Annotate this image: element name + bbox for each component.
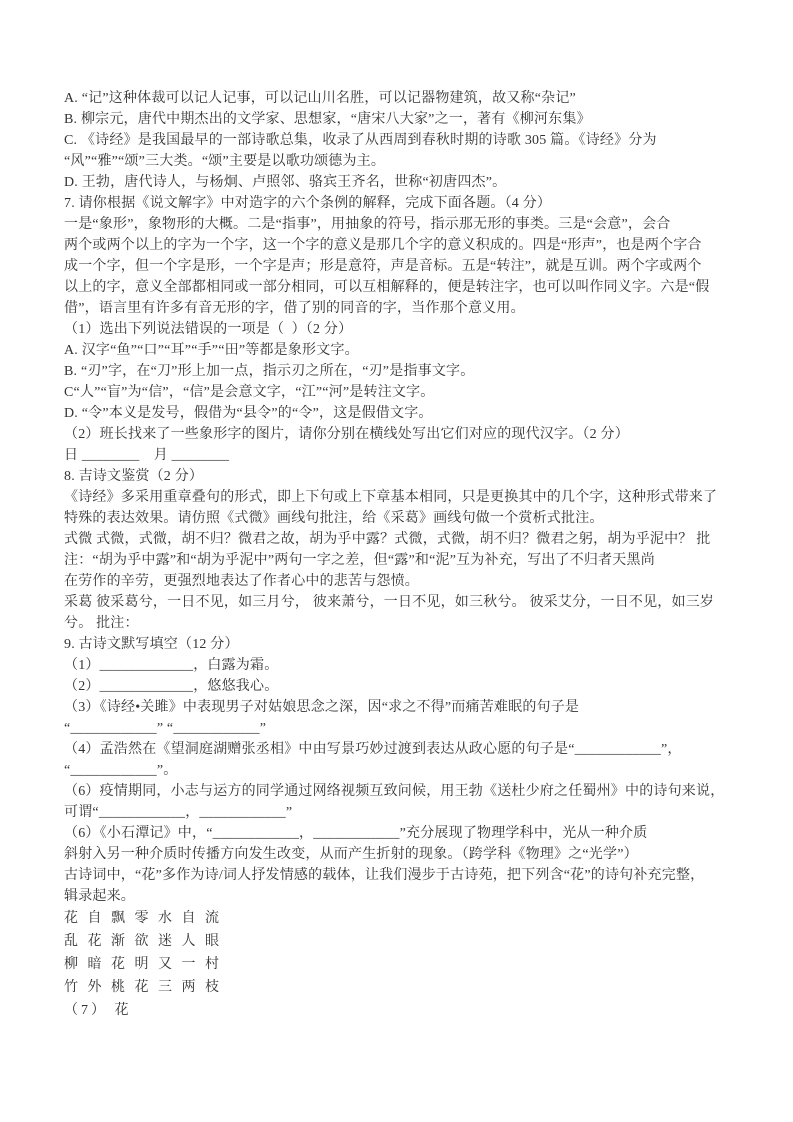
- text-line: 采葛 彼采葛兮，一日不见，如三月兮， 彼来萧兮，一日不见，如三秋兮。 彼采艾分，…: [64, 592, 733, 613]
- sub-question-7: （7） 花: [64, 999, 733, 1022]
- question-7-header: 7. 请你根据《说文解字》中对造字的六个条例的解释，完成下面各题。（4 分）: [64, 193, 733, 214]
- text-line: 辑录起来。: [64, 886, 733, 907]
- text-line: D. 王勃，唐代诗人，与杨炯、卢照邻、骆宾王齐名，世称“初唐四杰”。: [64, 172, 733, 193]
- exam-page: A. “记”这种体裁可以记人记事，可以记山川名胜，可以记器物建筑，故又称“杂记”…: [0, 0, 793, 1122]
- text-line: 《诗经》多采用重章叠句的形式，即上下句或上下章基本相同，只是更换其中的几个字，这…: [64, 487, 733, 508]
- fill-in-blanks-line: 可谓“____________，____________”: [64, 802, 733, 823]
- text-line: 在劳作的辛劳，更强烈地表达了作者心中的悲苦与怨愤。: [64, 571, 733, 592]
- text-line: A. 汉字“鱼”“口”“耳”“手”“田”等都是象形文字。: [64, 340, 733, 361]
- text-line: （6）疫情期同，小志与运方的同学通过网络视频互致问候，用王勃《送杜少府之任蜀州》…: [64, 781, 733, 802]
- poem-fragment-line: 乱 花 渐 欲 迷 人 眼: [64, 930, 733, 953]
- text-line: 斜射入另一种介质时传播方向发生改变，从而产生折射的现象。（跨学科《物理》之“光学…: [64, 844, 733, 865]
- text-line: D. “令”本义是发号，假借为“县令”的“令”，这是假借文字。: [64, 403, 733, 424]
- text-line: 式微 式微，式微，胡不归？微君之故，胡为乎中露？式微，式微，胡不归？微君之躬，胡…: [64, 529, 733, 550]
- exam-text: A. “记”这种体裁可以记人记事，可以记山川名胜，可以记器物建筑，故又称“杂记”…: [64, 88, 733, 1022]
- text-line: 特殊的表达效果。请仿照《式微》画线句批注，给《采葛》画线句做一个赏析式批注。: [64, 508, 733, 529]
- text-line: 成一个字，但一个字是形，一个字是声；形是意符，声是音标。五是“转注”，就是互训。…: [64, 256, 733, 277]
- fill-in-blanks-line: 日 ________ 月 ________: [64, 445, 733, 466]
- text-line: 两个或两个以上的字为一个字，这一个字的意义是那几个字的意义积成的。四是“形声”，…: [64, 235, 733, 256]
- fill-in-blanks-line: “____________” “____________”: [64, 718, 733, 739]
- question-9-header: 9. 古诗文默写填空（12 分）: [64, 634, 733, 655]
- fill-in-blanks-line: （1）_____________，白露为霜。: [64, 655, 733, 676]
- poem-fragment-line: 柳 暗 花 明 又 一 村: [64, 953, 733, 976]
- text-line: （6）《小石潭记》中，“____________，____________”充分…: [64, 823, 733, 844]
- text-line: B. “刃”字，在“刀”形上加一点，指示刃之所在，“刃”是指事文字。: [64, 361, 733, 382]
- text-line: C“人”“盲”为“信”，“信”是会意文字，“江”“河”是转注文字。: [64, 382, 733, 403]
- text-line: 以上的字，意义全部都相同或一部分相同，可以互相解释的，便是转注字，也可以叫作同义…: [64, 277, 733, 298]
- fill-in-blanks-line: “____________”。: [64, 760, 733, 781]
- text-line: 古诗词中，“花”多作为诗/词人抒发情感的载体，让我们漫步于古诗苑，把下列含“花”…: [64, 865, 733, 886]
- text-line: 兮。 批注：: [64, 613, 733, 634]
- sub-question-1: （1）选出下列说法错误的一项是（ ）（2 分）: [64, 319, 733, 340]
- text-line: 借”，语言里有许多有音无形的字，借了别的同音的字，当作那个意义用。: [64, 298, 733, 319]
- text-line: （3）《诗经•关雎》中表现男子对姑娘思念之深，因“求之不得”而痛苦难眠的句子是: [64, 697, 733, 718]
- sub-question-2: （2）班长找来了一些象形字的图片，请你分别在横线处写出它们对应的现代汉字。（2 …: [64, 424, 733, 445]
- text-line: C. 《诗经》是我国最早的一部诗歌总集，收录了从西周到春秋时期的诗歌 305 篇…: [64, 130, 733, 151]
- question-8-header: 8. 吉诗文鉴赏（2 分）: [64, 466, 733, 487]
- text-line: 一是“象形”，象物形的大概。二是“指事”，用抽象的符号，指示那无形的事类。三是“…: [64, 214, 733, 235]
- text-line: 注：“胡为乎中露”和“胡为乎泥中”两句一字之差，但“露”和“泥”互为补充，写出了…: [64, 550, 733, 571]
- text-line: B. 柳宗元，唐代中期杰出的文学家、思想家，“唐宋八大家”之一，著有《柳河东集》: [64, 109, 733, 130]
- text-line: A. “记”这种体裁可以记人记事，可以记山川名胜，可以记器物建筑，故又称“杂记”: [64, 88, 733, 109]
- poem-fragment-line: 竹 外 桃 花 三 两 枝: [64, 976, 733, 999]
- text-line: “风”“雅”“颂”三大类。“颂”主要是以歌功颂德为主。: [64, 151, 733, 172]
- fill-in-blanks-line: （2）_____________，悠悠我心。: [64, 676, 733, 697]
- poem-fragment-line: 花 自 飘 零 水 自 流: [64, 907, 733, 930]
- text-line: （4）孟浩然在《望洞庭湖赠张丞相》中由写景巧妙过渡到表达从政心愿的句子是“___…: [64, 739, 733, 760]
